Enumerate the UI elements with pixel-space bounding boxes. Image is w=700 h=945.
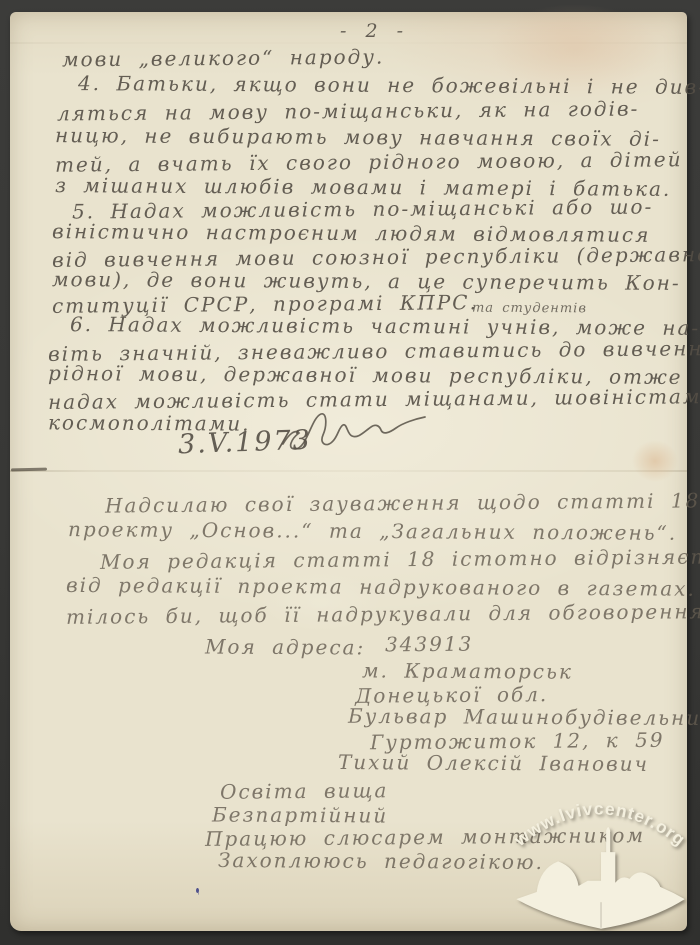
handwritten-line: тей, а вчать їх свого рідного мовою, а д… [55,148,683,175]
address-label: Моя адреса: [205,636,365,659]
handwritten-line: мови), де вони живуть, а це суперечить К… [52,268,681,294]
address-line: Бульвар Машинобудівельників [348,705,700,729]
bio-line: Безпартійний [212,803,388,826]
signature [275,404,435,464]
fold-crease-mark [11,468,47,471]
watermark-text: www.lvivcenter.org [510,798,690,850]
bio-line: Захоплююсь педагогікою. [218,849,544,873]
handwritten-line: 4. Батьки, якщо вони не божевільні і не … [78,72,700,98]
ink-dot [196,888,199,893]
address-line: м. Краматорськ [362,659,573,682]
page-number: - 2 - [340,20,406,42]
scanned-letter: - 2 - мови „великого“ народу. 4. Батьки,… [0,0,700,945]
handwritten-line: 5. Надах можливість по-міщанські або шо- [72,195,653,222]
handwritten-line: проекту „Основ...“ та „Загальних положен… [68,518,677,544]
handwritten-line: тілось би, щоб її надрукували для обгово… [66,600,700,628]
bio-line: Освіта вища [220,779,389,802]
stain [632,440,678,482]
handwritten-line: від редакції проекта надрукованого в газ… [66,574,700,600]
handwritten-line: ницю, не вибирають мову навчання своїх д… [55,124,661,150]
handwritten-line: віністично настроєним людям відмовлятися [52,220,651,246]
handwritten-line: Надсилаю свої зауваження щодо статті 18 [105,489,700,516]
watermark: www.lvivcenter.org [502,793,698,943]
letter-page: - 2 - мови „великого“ народу. 4. Батьки,… [10,12,687,931]
handwritten-line: мови „великого“ народу. [62,46,384,71]
handwritten-line: Моя редакція статті 18 істотно відрізняє… [100,545,700,573]
handwritten-line: рідної мови, державної мови республіки, … [48,362,683,388]
postal-code: 343913 [385,633,474,656]
handwritten-line: 6. Надах можливість частині учнів, може … [70,313,700,339]
handwritten-line: ляться на мову по-міщанськи, як на годів… [57,97,640,124]
fold-crease [10,470,687,472]
fold-crease [10,42,687,44]
sender-name: Тихий Олексій Іванович [338,751,649,775]
